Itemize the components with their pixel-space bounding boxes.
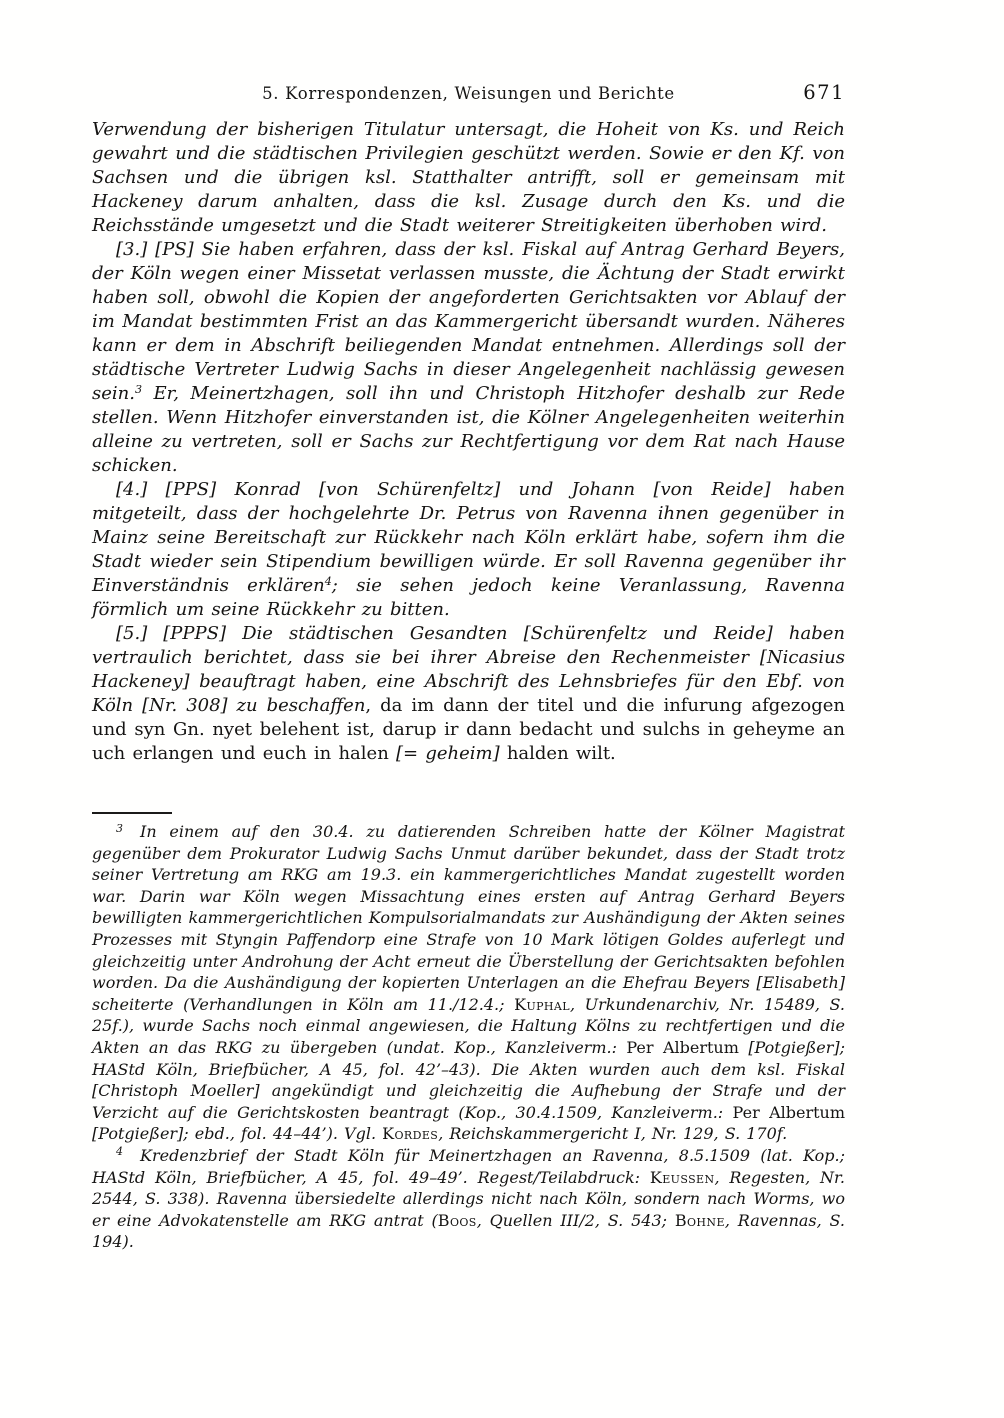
page-number: 671 — [803, 81, 845, 104]
footnote-3-text: In einem auf den 30.4. zu datierenden Sc… — [92, 822, 845, 1143]
footnote-4-marker: 4 — [116, 1145, 123, 1158]
text-segment: Kuphal — [514, 995, 570, 1014]
paragraph-4-pps: [4.] [PPS] Konrad [von Schürenfeltz] und… — [92, 478, 845, 622]
text-segment: 3 — [135, 383, 142, 396]
footnote-3: 3In einem auf den 30.4. zu datierenden S… — [92, 821, 845, 1145]
main-text-block: Verwendung der bisherigen Titulatur unte… — [92, 118, 845, 766]
footnote-separator-rule — [92, 812, 172, 814]
text-segment: 4 — [325, 575, 332, 588]
footnotes-section: 3In einem auf den 30.4. zu datierenden S… — [92, 812, 845, 1253]
text-segment: Kordes — [382, 1124, 438, 1143]
text-segment: , Reichskammergericht I, Nr. 129, S. 170… — [438, 1124, 787, 1143]
text-segment: In einem auf den 30.4. zu datierenden Sc… — [92, 822, 845, 1014]
text-segment: Verwendung der bisherigen Titulatur unte… — [92, 119, 845, 236]
text-segment: halden wilt. — [500, 743, 616, 764]
paragraph-continuation: Verwendung der bisherigen Titulatur unte… — [92, 118, 845, 238]
book-page: 5. Korrespondenzen, Weisungen und Berich… — [0, 0, 1004, 1418]
paragraph-5-ppps: [5.] [PPPS] Die städtischen Gesandten [S… — [92, 622, 845, 766]
footnote-3-marker: 3 — [116, 822, 123, 835]
text-segment: Bohne — [675, 1211, 725, 1230]
text-segment: [= geheim] — [396, 743, 500, 764]
running-head: 5. Korrespondenzen, Weisungen und Berich… — [92, 84, 845, 108]
footnote-4-text: Kredenzbrief der Stadt Köln für Meinertz… — [92, 1146, 845, 1251]
paragraph-3-ps: [3.] [PS] Sie haben erfahren, dass der k… — [92, 238, 845, 478]
text-segment: [Potgießer]; ebd., fol. 44–44’). Vgl. — [92, 1124, 382, 1143]
text-segment: [3.] [PS] Sie haben erfahren, dass der k… — [92, 239, 845, 404]
footnote-4: 4Kredenzbrief der Stadt Köln für Meinert… — [92, 1145, 845, 1253]
text-segment: Per Albertum — [733, 1103, 845, 1122]
text-segment: Keussen — [650, 1168, 715, 1187]
chapter-heading: 5. Korrespondenzen, Weisungen und Berich… — [262, 84, 675, 103]
text-segment: Per Albertum — [626, 1038, 748, 1057]
text-segment: , Quellen III/2, S. 543; — [477, 1211, 675, 1230]
text-segment: Boos — [438, 1211, 477, 1230]
text-segment: Er, Meinertzhagen, soll ihn und Christop… — [92, 383, 845, 476]
